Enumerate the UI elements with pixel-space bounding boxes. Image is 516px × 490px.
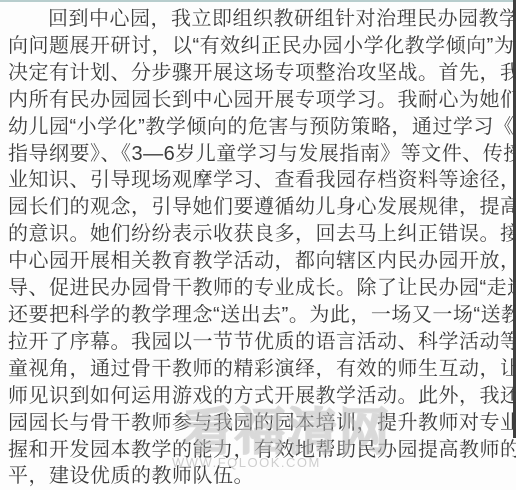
- text-line: 童视角，通过骨干教师的精彩演绎，有效的师生互动，让民办园教: [8, 356, 506, 383]
- text-line: 幼儿园“小学化”教学倾向的危害与预防策略，通过学习《幼儿园教学: [8, 114, 506, 141]
- text-line: 业知识、引导现场观摩学习、查看我园存档资料等途径，不断转变: [8, 167, 506, 194]
- text-line: 拉开了序幕。我园以一节节优质的语言活动、科学活动等，立足儿: [8, 329, 506, 356]
- text-line: 平，建设优质的教师队伍。: [8, 463, 506, 490]
- text-line: 园长们的观念，引导她们要遵循幼儿身心发展规律，提高科学保教: [8, 194, 506, 221]
- text-line: 导、促进民办园骨干教师的专业成长。除了让民办园“走进来”学习，: [8, 275, 506, 302]
- text-line: 还要把科学的教学理念“送出去”。为此，一场又一场“送教送培”活动: [8, 302, 506, 329]
- text-line: 园园长与骨干教师参与我园的园本培训，提升教师对专业知识的掌: [8, 410, 506, 437]
- text-line: 决定有计划、分步骤开展这场专项整治攻坚战。首先，我组织辖区: [8, 60, 506, 87]
- text-line: 指导纲要》、《3—6岁儿童学习与发展指南》等文件、传授相关专: [8, 141, 506, 168]
- text-line: 握和开发园本教学的能力，有效地帮助民办园提高教师的业务水: [8, 437, 506, 464]
- text-line: 内所有民办园园长到中心园开展专项学习。我耐心为她们讲解关于: [8, 87, 506, 114]
- text-line: 中心园开展相关教育教学活动，都向辖区内民办园开放，帮扶、引: [8, 248, 506, 275]
- text-line: 的意识。她们纷纷表示收获良多，回去马上纠正错误。接着，凡是: [8, 221, 506, 248]
- text-line: 师见识到如何运用游戏的方式开展教学活动。此外，我还组织民办: [8, 383, 506, 410]
- document-page: 回到中心园，我立即组织教研组针对治理民办园教学“小学化”倾向问题展开研讨，以“有…: [0, 0, 516, 490]
- document-text: 回到中心园，我立即组织教研组针对治理民办园教学“小学化”倾向问题展开研讨，以“有…: [8, 6, 506, 490]
- text-line: 向问题展开研讨，以“有效纠正民办园小学化教学倾向”为实施重点，: [8, 33, 506, 60]
- text-line: 回到中心园，我立即组织教研组针对治理民办园教学“小学化”倾: [8, 6, 506, 33]
- top-border-line: [0, 0, 516, 2]
